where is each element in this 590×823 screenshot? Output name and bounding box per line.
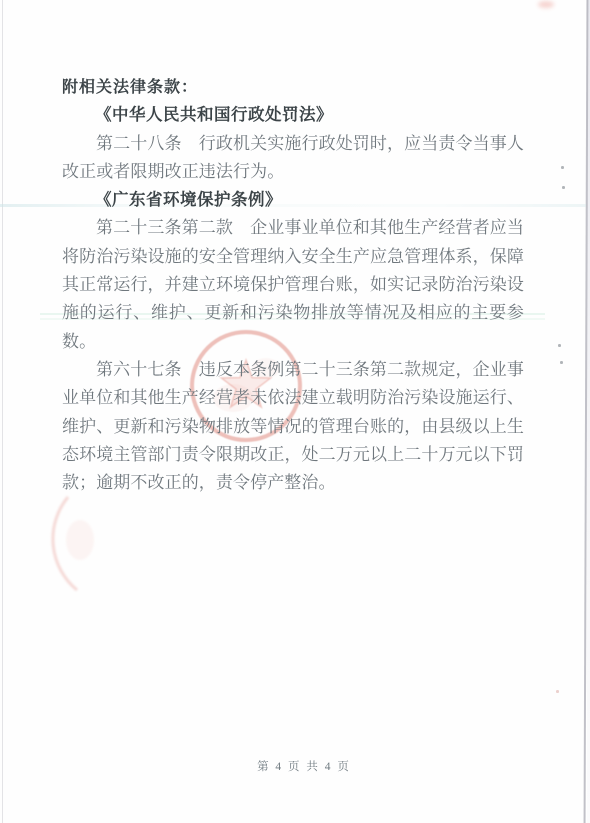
page-number-footer: 第 4 页 共 4 页 (0, 758, 590, 774)
law-title-administrative-penalty: 《中华人民共和国行政处罚法》 (62, 101, 524, 129)
dust-speck (561, 166, 564, 169)
law-title-guangdong-environment: 《广东省环境保护条例》 (62, 186, 524, 214)
document-body: 附相关法律条款： 《中华人民共和国行政处罚法》 第二十八条 行政机关实施行政处罚… (62, 73, 524, 497)
article-paragraph: 第二十八条 行政机关实施行政处罚时，应当责令当事人改正或者限期改正违法行为。 (62, 130, 524, 187)
article-paragraph: 第二十三条第二款 企业事业单位和其他生产经营者应当将防治污染设施的安全管理纳入安… (62, 214, 524, 355)
article-paragraph: 第六十七条 违反本条例第二十三条第二款规定，企业事业单位和其他生产经营者未依法建… (62, 356, 524, 497)
dust-speck (562, 186, 565, 189)
attachment-heading: 附相关法律条款： (62, 73, 524, 101)
scanned-document-page: 附相关法律条款： 《中华人民共和国行政处罚法》 第二十八条 行政机关实施行政处罚… (0, 0, 590, 823)
dust-speck (558, 344, 561, 347)
dust-speck (560, 361, 563, 364)
stamp-ghost-arc (30, 480, 150, 610)
dust-speck (556, 690, 559, 693)
page-edge-line-left (2, 0, 3, 823)
ink-smudge (538, 1, 554, 8)
